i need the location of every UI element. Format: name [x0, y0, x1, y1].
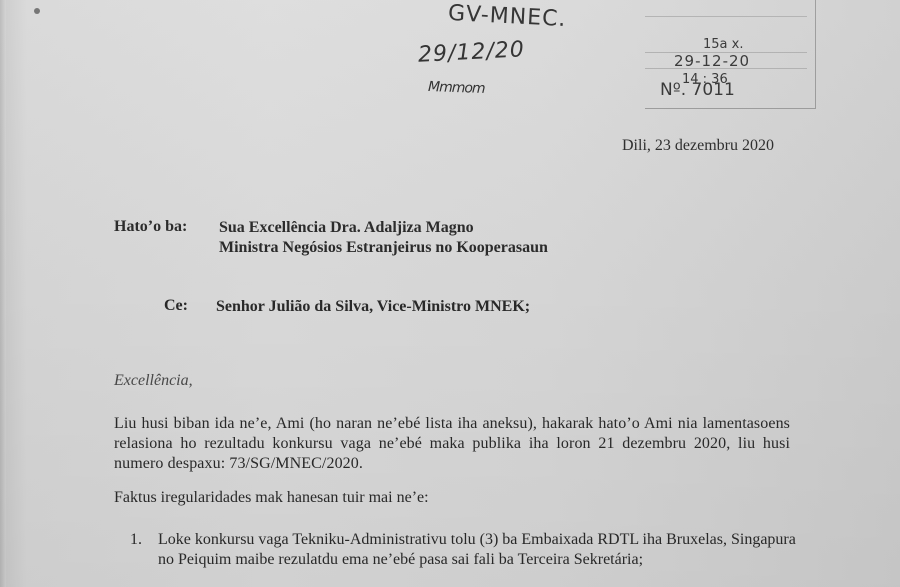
page-edge-shadow — [0, 0, 6, 587]
handwritten-routing-note: GV-MNEC. — [447, 1, 567, 32]
addressee-name: Sua Excellência Dra. Adaljiza Magno — [219, 218, 548, 238]
list-item-number: 1. — [130, 530, 142, 550]
body-paragraph-1: Liu husi biban ida ne’e, Ami (ho naran n… — [114, 414, 790, 474]
list-item-text: Loke konkursu vaga Tekniku-Administrativ… — [158, 530, 813, 570]
stamp-date: 29-12-20 — [674, 52, 750, 70]
stamp-received-by: 15a x. — [703, 37, 743, 52]
place-and-date: Dili, 23 dezembru 2020 — [622, 137, 774, 155]
addressee-block: Sua Excellência Dra. Adaljiza Magno Mini… — [219, 218, 548, 258]
cc-recipient: Senhor Julião da Silva, Vice-Ministro MN… — [216, 297, 530, 317]
salutation: Excellência, — [114, 372, 193, 390]
stamp-number: Nº. 7011 — [660, 80, 735, 100]
punch-mark — [34, 8, 40, 14]
cc-label: Ce: — [164, 297, 188, 315]
addressee-label: Hato’o ba: — [114, 218, 187, 236]
handwritten-signature: Mmmom — [428, 79, 485, 97]
handwritten-date: 29/12/20 — [417, 37, 525, 68]
body-paragraph-2: Faktus iregularidades mak hanesan tuir m… — [114, 488, 790, 508]
addressee-title: Ministra Negósios Estranjeirus no Kooper… — [219, 238, 548, 258]
